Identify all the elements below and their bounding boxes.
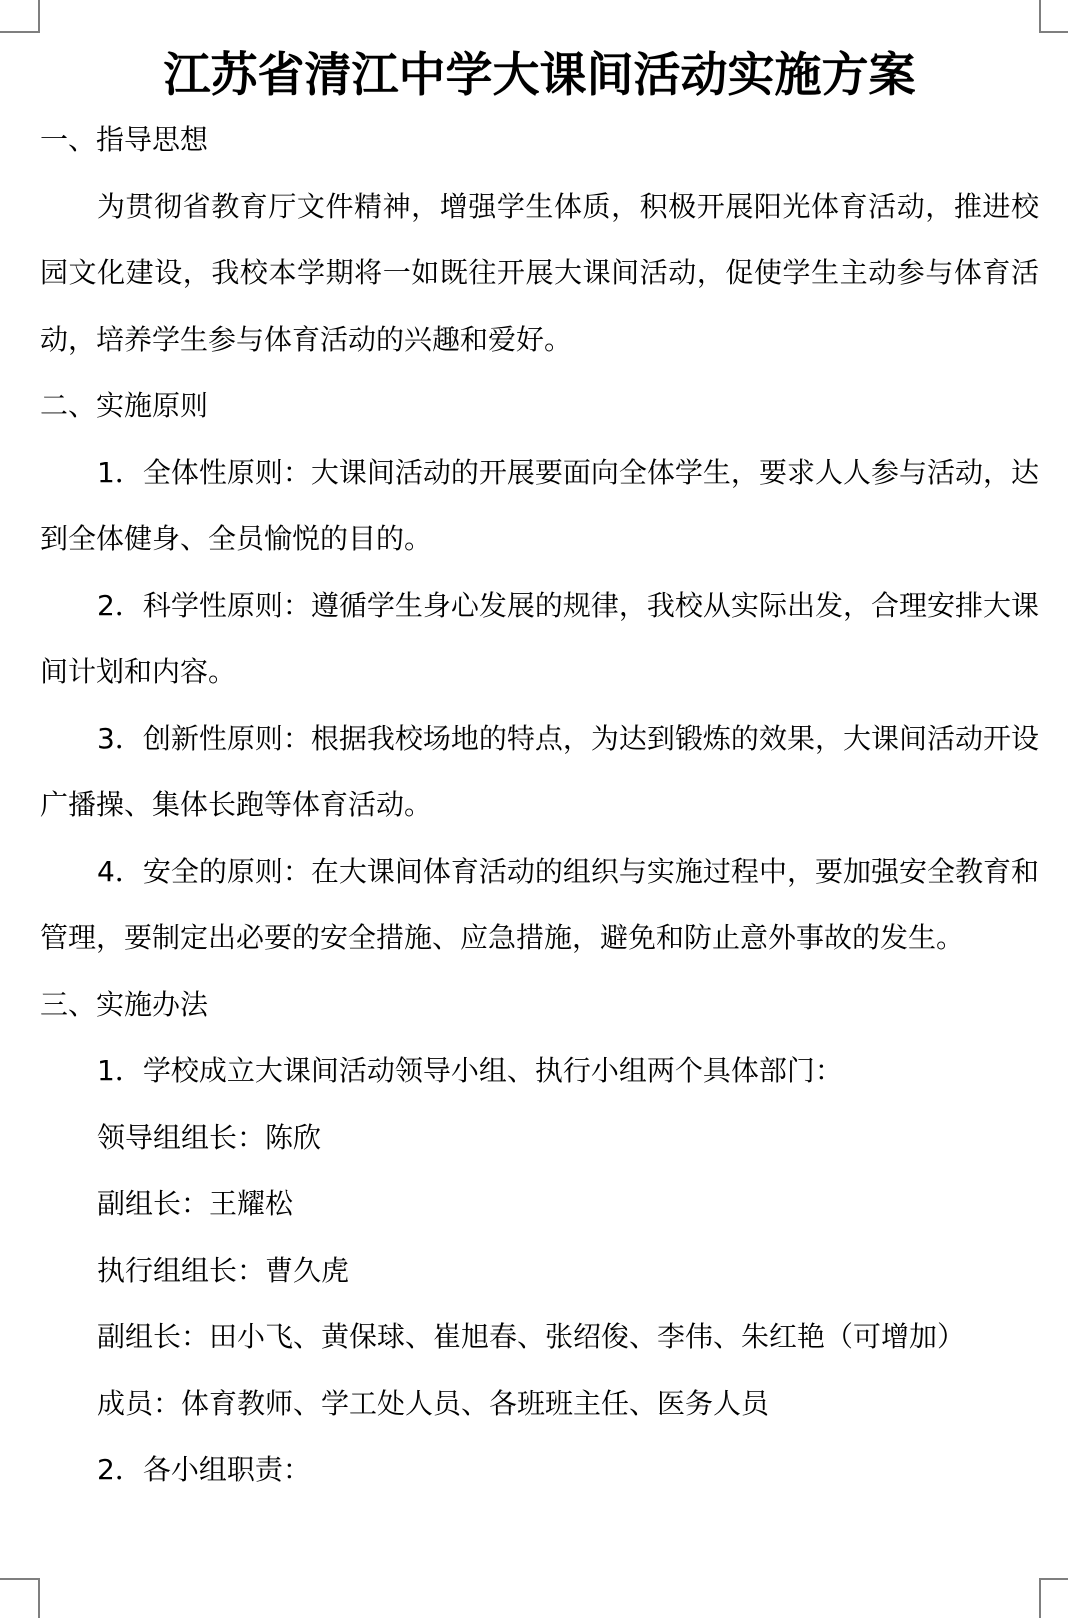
paragraph: 2．各小组职责： [40, 1437, 1039, 1504]
paragraph: 2．科学性原则：遵循学生身心发展的规律，我校从实际出发，合理安排大课间计划和内容… [40, 573, 1039, 706]
paragraph: 1．全体性原则：大课间活动的开展要面向全体学生，要求人人参与活动，达到全体健身、… [40, 440, 1039, 573]
paragraph: 执行组组长：曹久虎 [40, 1238, 1039, 1305]
document-body: 一、指导思想为贯彻省教育厅文件精神，增强学生体质，积极开展阳光体育活动，推进校园… [40, 107, 1039, 1504]
paragraph: 为贯彻省教育厅文件精神，增强学生体质，积极开展阳光体育活动，推进校园文化建设，我… [40, 174, 1039, 374]
paragraph: 3．创新性原则：根据我校场地的特点，为达到锻炼的效果，大课间活动开设广播操、集体… [40, 706, 1039, 839]
paragraph: 三、实施办法 [40, 972, 1039, 1039]
paragraph: 副组长：王耀松 [40, 1171, 1039, 1238]
page-margin-mark-top-left [0, 0, 40, 33]
page-margin-mark-top-right [1039, 0, 1068, 33]
paragraph: 副组长：田小飞、黄保球、崔旭春、张绍俊、李伟、朱红艳（可增加） [40, 1304, 1039, 1371]
page-margin-mark-bottom-right [1039, 1578, 1068, 1618]
paragraph: 成员：体育教师、学工处人员、各班班主任、医务人员 [40, 1371, 1039, 1438]
page-margin-mark-bottom-left [0, 1578, 40, 1618]
document-title: 江苏省清江中学大课间活动实施方案 [40, 33, 1039, 107]
page-content: 江苏省清江中学大课间活动实施方案 一、指导思想为贯彻省教育厅文件精神，增强学生体… [40, 33, 1039, 1504]
paragraph: 4．安全的原则：在大课间体育活动的组织与实施过程中，要加强安全教育和管理，要制定… [40, 839, 1039, 972]
document-page: 江苏省清江中学大课间活动实施方案 一、指导思想为贯彻省教育厅文件精神，增强学生体… [0, 0, 1068, 1618]
paragraph: 二、实施原则 [40, 373, 1039, 440]
paragraph: 领导组组长：陈欣 [40, 1105, 1039, 1172]
paragraph: 一、指导思想 [40, 107, 1039, 174]
paragraph: 1．学校成立大课间活动领导小组、执行小组两个具体部门： [40, 1038, 1039, 1105]
